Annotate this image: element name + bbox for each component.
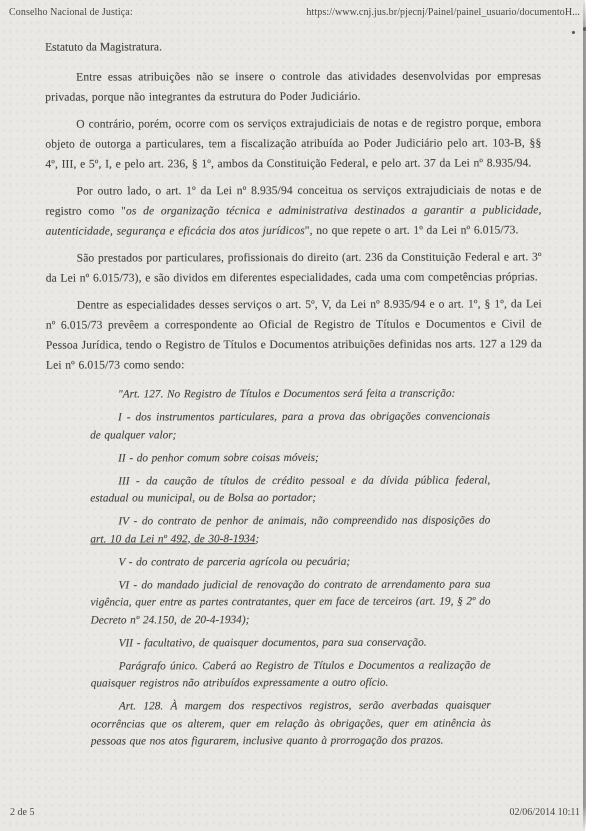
print-header: Conselho Nacional de Justiça: https://ww… <box>9 7 580 18</box>
document-body: Estatuto da Magistratura. Entre essas at… <box>45 39 543 756</box>
header-url: https://www.cnj.jus.br/pjecnj/Painel/pai… <box>306 7 580 18</box>
legal-quote-block: "Art. 127. No Registro de Títulos e Docu… <box>46 385 543 751</box>
page-indicator: 2 de 5 <box>10 807 34 818</box>
print-footer: 2 de 5 02/06/2014 10:11 <box>10 807 580 818</box>
paragraph: Por outro lado, o art. 1º da Lei nº 8.93… <box>45 180 541 241</box>
quote-art-127: "Art. 127. No Registro de Títulos e Docu… <box>90 385 490 404</box>
print-datetime: 02/06/2014 10:11 <box>510 807 580 818</box>
quote-paragrafo-unico: Parágrafo único. Caberá ao Registro de T… <box>91 657 491 693</box>
paragraph: Dentre as especialidades desses serviços… <box>46 294 542 375</box>
scan-edge-shadow <box>583 0 586 831</box>
underlined-law-reference: art. 10 da Lei nº 492, de 30-8-1934 <box>90 533 255 545</box>
scan-artifact-dot <box>583 27 586 31</box>
quote-item-text: ; <box>255 533 259 545</box>
quote-item-i: I - dos instrumentos particulares, para … <box>90 408 490 444</box>
quote-item-iii: III - da caução de títulos de crédito pe… <box>90 472 490 508</box>
quote-item-iv: IV - do contrato de penhor de animais, n… <box>90 512 490 548</box>
paragraph: São prestados por particulares, profissi… <box>46 247 542 288</box>
header-document-title: Conselho Nacional de Justiça: <box>9 7 133 18</box>
quote-item-text: IV - do contrato de penhor de animais, n… <box>118 514 490 527</box>
paragraph-heading: Estatuto da Magistratura. <box>45 39 541 53</box>
quote-item-vii: VII - facultativo, de quaisquer document… <box>91 634 491 653</box>
paragraph: O contrário, porém, ocorre com os serviç… <box>45 113 541 174</box>
paragraph: Entre essas atribuições não se insere o … <box>45 66 541 107</box>
quote-art-128: Art. 128. À margem dos respectivos regis… <box>91 697 491 751</box>
quote-item-ii: II - do penhor comum sobre coisas móveis… <box>90 449 490 468</box>
quote-item-vi: VI - do mandado judicial de renovação do… <box>90 576 490 630</box>
paragraph-text: ", no que repete o art. 1º da Lei nº 6.0… <box>305 223 519 237</box>
quote-item-v: V - do contrato de parceria agrícola ou … <box>90 553 490 572</box>
